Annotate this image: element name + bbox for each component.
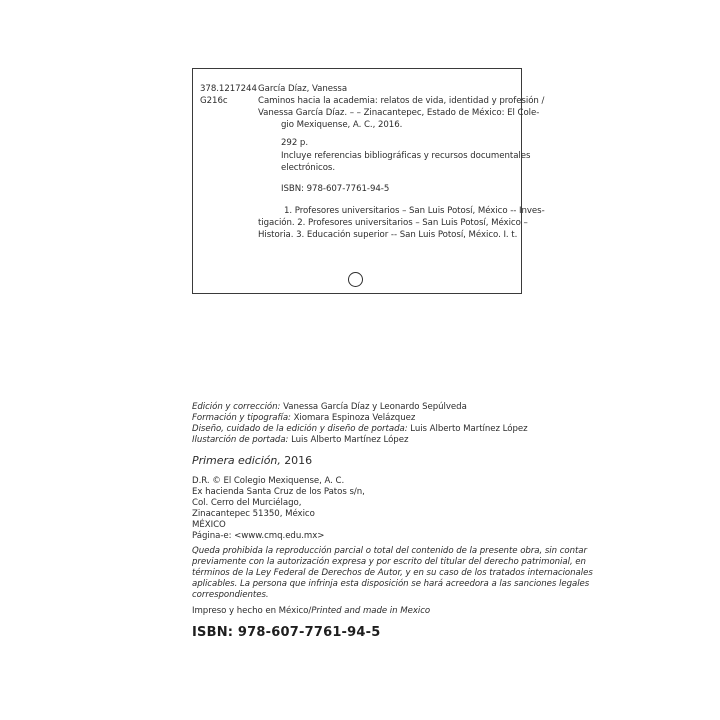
credit-role: Edición y corrección: bbox=[192, 402, 280, 412]
printed-in-english: Printed and made in Mexico bbox=[311, 606, 430, 616]
call-number: 378.1217244 bbox=[200, 84, 257, 95]
credit-line: Ilustarción de portada: Luis Alberto Mar… bbox=[192, 435, 408, 446]
publisher-website: Página-e: <www.cmq.edu.mx> bbox=[192, 531, 324, 542]
catalog-title-line: Vanessa García Díaz. – – Zinacantepec, E… bbox=[258, 108, 539, 119]
credit-line: Diseño, cuidado de la edición y diseño d… bbox=[192, 424, 528, 435]
credit-name: Luis Alberto Martínez López bbox=[410, 424, 527, 434]
copyright-page: 378.1217244 G216c García Díaz, Vanessa C… bbox=[0, 0, 720, 720]
isbn-footer: ISBN: 978-607-7761-94-5 bbox=[192, 625, 381, 641]
publisher-line: Ex hacienda Santa Cruz de los Patos s/n, bbox=[192, 487, 365, 498]
publisher-line: Zinacantepec 51350, México bbox=[192, 509, 315, 520]
catalog-notes-line: electrónicos. bbox=[281, 163, 335, 174]
credit-role: Formación y tipografía: bbox=[192, 413, 291, 423]
credit-line: Edición y corrección: Vanessa García Día… bbox=[192, 402, 467, 413]
legal-notice-line: previamente con la autorización expresa … bbox=[192, 557, 586, 568]
publisher-line: Col. Cerro del Murciélago, bbox=[192, 498, 301, 509]
catalog-isbn: ISBN: 978-607-7761-94-5 bbox=[281, 184, 389, 195]
catalog-notes-line: Incluye referencias bibliográficas y rec… bbox=[281, 151, 530, 162]
cutter-number: G216c bbox=[200, 96, 228, 107]
edition-label: Primera edición, bbox=[192, 454, 281, 467]
catalog-title-line: gio Mexiquense, A. C., 2016. bbox=[281, 120, 402, 131]
printed-in-spanish: Impreso y hecho en México/ bbox=[192, 606, 311, 616]
credit-role: Ilustarción de portada: bbox=[192, 435, 288, 445]
legal-notice-line: aplicables. La persona que infrinja esta… bbox=[192, 579, 589, 590]
catalog-card: 378.1217244 G216c García Díaz, Vanessa C… bbox=[192, 68, 522, 294]
credit-line: Formación y tipografía: Xiomara Espinoza… bbox=[192, 413, 415, 424]
legal-notice-line: términos de la Ley Federal de Derechos d… bbox=[192, 568, 593, 579]
catalog-subjects-line: tigación. 2. Profesores universitarios –… bbox=[258, 218, 528, 229]
catalog-pages: 292 p. bbox=[281, 138, 308, 149]
catalog-title-line: Caminos hacia la academia: relatos de vi… bbox=[258, 96, 544, 107]
catalog-author: García Díaz, Vanessa bbox=[258, 84, 347, 95]
publisher-line: MÉXICO bbox=[192, 520, 226, 531]
edition-year: 2016 bbox=[284, 454, 312, 467]
credit-name: Xiomara Espinoza Velázquez bbox=[294, 413, 416, 423]
printed-in-line: Impreso y hecho en México/Printed and ma… bbox=[192, 606, 430, 617]
edition-line: Primera edición, 2016 bbox=[192, 454, 312, 467]
credit-name: Luis Alberto Martínez López bbox=[291, 435, 408, 445]
credit-name: Vanessa García Díaz y Leonardo Sepúlveda bbox=[283, 402, 467, 412]
catalog-subjects-line: Historia. 3. Educación superior -- San L… bbox=[258, 230, 517, 241]
credit-role: Diseño, cuidado de la edición y diseño d… bbox=[192, 424, 408, 434]
legal-notice-line: correspondientes. bbox=[192, 590, 269, 601]
card-punch-hole-icon bbox=[348, 272, 363, 287]
publisher-line: D.R. © El Colegio Mexiquense, A. C. bbox=[192, 476, 344, 487]
catalog-subjects-line: 1. Profesores universitarios – San Luis … bbox=[284, 206, 545, 217]
legal-notice-line: Queda prohibida la reproducción parcial … bbox=[192, 546, 587, 557]
